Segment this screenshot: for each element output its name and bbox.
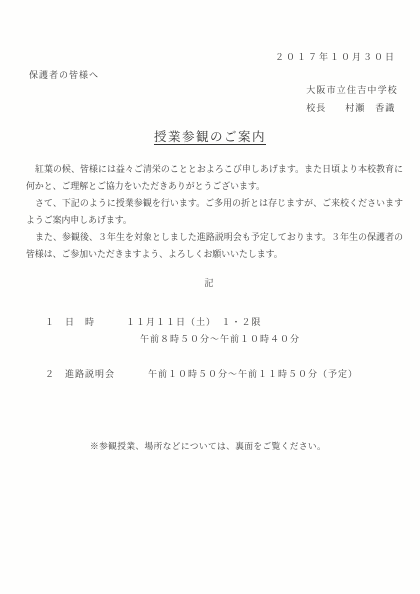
- paragraph-career-session: また、参観後、３年生を対象としました進路説明会も予定しております。３年生の保護者…: [26, 229, 403, 263]
- item-value-career-time: 午前１０時５０分～午前１１時５０分（予定）: [148, 369, 358, 379]
- principal-line: 校長 村瀬 香識: [306, 101, 398, 114]
- footnote: ※参観授業、場所などについては、裏面をご覧ください。: [90, 440, 326, 452]
- paragraph-greeting: 紅葉の候、皆様には益々ご清栄のこととおよろこび申しあげます。また日頃より本校教育…: [26, 161, 403, 195]
- title-block: 授業参観のご案内: [0, 127, 420, 146]
- paragraph-announcement: さて、下記のように授業参観を行います。ご多用の折とは存じますが、ご来校くださいま…: [26, 195, 403, 229]
- item-heading-career-session: ２ 進路説明会: [45, 367, 148, 380]
- body-paragraphs: 紅葉の候、皆様には益々ご清栄のこととおよろこび申しあげます。また日頃より本校教育…: [26, 161, 403, 263]
- item-value-date: １１月１１日（土） １・２限: [126, 317, 262, 327]
- principal-title: 校長: [306, 101, 326, 114]
- schedule-item-career-session: ２ 進路説明会午前１０時５０分～午前１１時５０分（予定）: [45, 367, 358, 380]
- schedule-item-line: １ 日 時１１月１１日（土） １・２限: [45, 315, 300, 328]
- schedule-item-date-time: １ 日 時１１月１１日（土） １・２限 午前８時５０分～午前１０時４０分: [45, 315, 300, 345]
- record-label: 記: [0, 276, 420, 289]
- item-heading-date-time: １ 日 時: [45, 315, 126, 328]
- document-title: 授業参観のご案内: [154, 130, 266, 144]
- item-value-time-range: 午前８時５０分～午前１０時４０分: [140, 332, 300, 345]
- document-date: ２０１７年１０月３０日: [275, 50, 396, 63]
- sender-block: 大阪市立住吉中学校 校長 村瀬 香識: [306, 83, 398, 114]
- principal-name: 村瀬 香識: [345, 101, 395, 114]
- school-name: 大阪市立住吉中学校: [306, 83, 398, 96]
- recipient-line: 保護者の皆様へ: [29, 68, 99, 81]
- document-page: ２０１７年１０月３０日 保護者の皆様へ 大阪市立住吉中学校 校長 村瀬 香識 授…: [0, 0, 420, 594]
